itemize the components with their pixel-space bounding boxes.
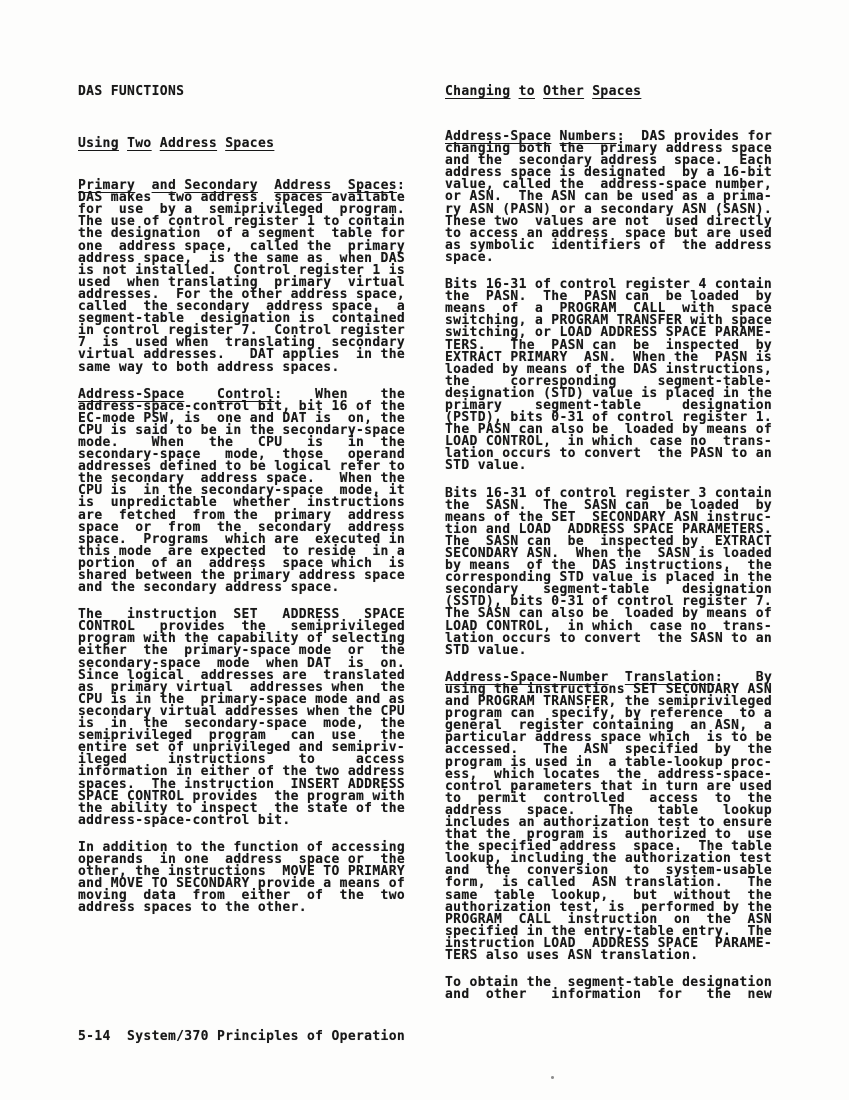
running-head-left: DAS FUNCTIONS	[78, 86, 184, 98]
paragraph: Address-Space-Number Translation: Byusin…	[445, 672, 785, 962]
right-column: Address-Space Numbers: DAS provides forc…	[445, 131, 785, 1016]
paragraph: In addition to the function of accessing…	[78, 842, 418, 915]
text-line: STD value.	[445, 460, 785, 472]
text-line: as symbolic identifiers of the address	[445, 240, 785, 252]
text-line: Using Two Address Spaces	[78, 138, 418, 150]
text-line: and the secondary address space.	[78, 582, 418, 594]
underlined-heading-word: to	[519, 84, 535, 99]
text-line: TERS also uses ASN translation.	[445, 950, 785, 962]
underlined-heading-word: Changing	[445, 84, 510, 99]
paragraph: To obtain the segment-table designationa…	[445, 977, 785, 1001]
text-line: address-space-control bit.	[78, 815, 418, 827]
underlined-heading-word: Other	[543, 84, 584, 99]
paragraph: Bits 16-31 of control register 3 contain…	[445, 488, 785, 657]
running-head-right: Changing to Other Spaces	[445, 86, 641, 98]
scanned-manual-page: { "page": { "background": "#fdfdfc", "in…	[0, 0, 849, 1100]
paragraph: Primary and Secondary Address Spaces:DAS…	[78, 180, 418, 374]
underlined-heading-word: Two	[127, 136, 152, 151]
underlined-heading-word: Address	[160, 136, 217, 151]
paragraph: Address-Space Numbers: DAS provides forc…	[445, 131, 785, 264]
underlined-heading-word: Spaces	[592, 84, 641, 99]
text-line: address spaces to the other.	[78, 902, 418, 914]
text-line: and other information for the new	[445, 989, 785, 1001]
text-line: Changing to Other Spaces	[445, 86, 641, 98]
text-line: space.	[445, 252, 785, 264]
paragraph: The instruction SET ADDRESS SPACECONTROL…	[78, 609, 418, 827]
paragraph: Address-Space Control: When theaddress-s…	[78, 389, 418, 595]
page-footer: 5-14 System/370 Principles of Operation	[78, 1031, 405, 1043]
underlined-heading-word: Spaces	[225, 136, 274, 151]
paragraph: Bits 16-31 of control register 4 contain…	[445, 279, 785, 473]
text-line: same way to both address spaces.	[78, 362, 418, 374]
underlined-heading-word: Using	[78, 136, 119, 151]
text-line: STD value.	[445, 645, 785, 657]
scan-artifact-dot	[551, 1076, 554, 1079]
section-heading: Using Two Address Spaces	[78, 138, 418, 150]
left-column: Using Two Address SpacesPrimary and Seco…	[78, 138, 418, 929]
